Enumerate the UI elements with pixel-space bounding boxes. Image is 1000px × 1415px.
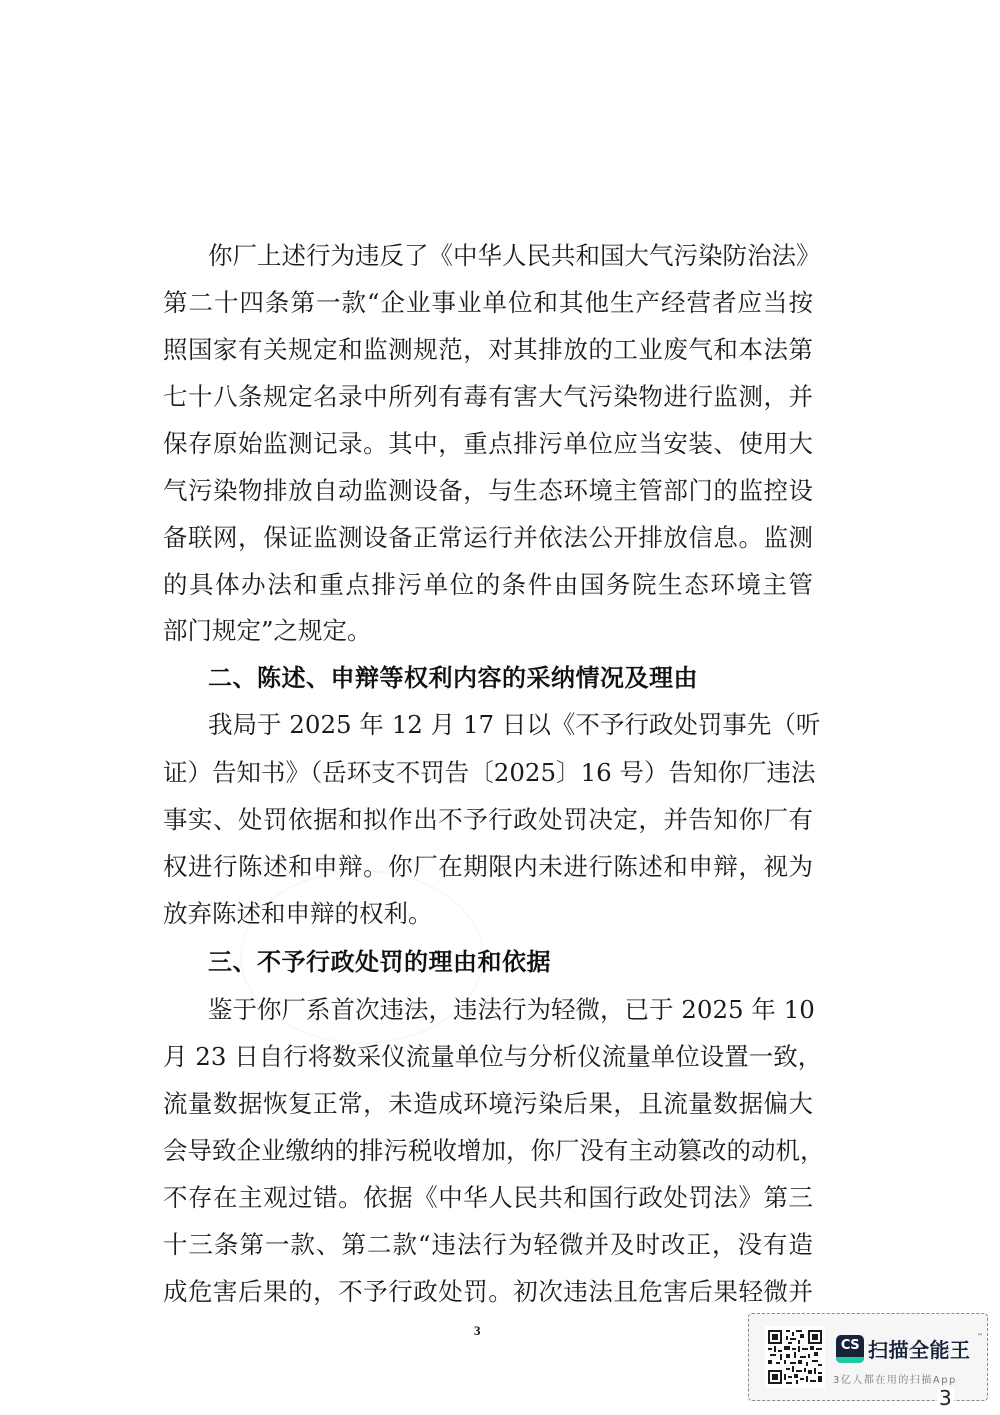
- brand-name: 扫描全能王: [868, 1334, 971, 1363]
- body-line: 证）告知书》（岳环支不罚告〔2025〕16 号）告知你厂违法: [163, 753, 813, 793]
- section-heading-3: 三、不予行政处罚的理由和依据: [208, 942, 813, 982]
- qr-code-icon: [765, 1326, 825, 1388]
- corner-page-number: 3: [937, 1387, 954, 1409]
- body-line: 不存在主观过错。依据《中华人民共和国行政处罚法》第三: [163, 1178, 813, 1218]
- page-number: 3: [474, 1323, 481, 1339]
- body-line: 你厂上述行为违反了《中华人民共和国大气污染防治法》: [208, 236, 813, 276]
- body-line: 备联网，保证监测设备正常运行并依法公开排放信息。监测: [163, 518, 813, 558]
- body-line: 放弃陈述和申辩的权利。: [163, 894, 813, 934]
- body-line: 成危害后果的，不予行政处罚。初次违法且危害后果轻微并: [163, 1272, 813, 1312]
- document-page: 你厂上述行为违反了《中华人民共和国大气污染防治法》 第二十四条第一款“企业事业单…: [0, 0, 1000, 1415]
- logo-strip: [836, 1357, 864, 1363]
- body-line: 流量数据恢复正常，未造成环境污染后果，且流量数据偏大: [163, 1084, 813, 1124]
- body-line: 月 23 日自行将数采仪流量单位与分析仪流量单位设置一致，: [163, 1037, 813, 1077]
- body-line: 保存原始监测记录。其中，重点排污单位应当安装、使用大: [163, 424, 813, 464]
- body-line: 事实、处罚依据和拟作出不予行政处罚决定，并告知你厂有: [163, 800, 813, 840]
- body-line: 气污染物排放自动监测设备，与生态环境主管部门的监控设: [163, 471, 813, 511]
- body-line: 会导致企业缴纳的排污税收增加，你厂没有主动篡改的动机，: [163, 1131, 813, 1171]
- body-line: 十三条第一款、第二款“违法行为轻微并及时改正，没有造: [163, 1225, 813, 1265]
- body-line: 部门规定”之规定。: [163, 611, 813, 651]
- brand-tagline: 3亿人都在用的扫描App: [833, 1371, 957, 1386]
- body-line: 七十八条规定名录中所列有毒有害大气污染物进行监测，并: [163, 377, 813, 417]
- section-heading-2: 二、陈述、申辩等权利内容的采纳情况及理由: [208, 658, 813, 698]
- body-line: 我局于 2025 年 12 月 17 日以《不予行政处罚事先（听: [208, 705, 813, 745]
- trademark-symbol: ™: [977, 1333, 983, 1340]
- camscanner-logo-icon: CS: [836, 1335, 864, 1363]
- body-line: 的具体办法和重点排污单位的条件由国务院生态环境主管: [163, 565, 813, 605]
- body-line: 权进行陈述和申辩。你厂在期限内未进行陈述和申辩，视为: [163, 847, 813, 887]
- body-line: 鉴于你厂系首次违法，违法行为轻微，已于 2025 年 10: [208, 990, 813, 1030]
- body-line: 第二十四条第一款“企业事业单位和其他生产经营者应当按: [163, 283, 813, 323]
- body-line: 照国家有关规定和监测规范，对其排放的工业废气和本法第: [163, 330, 813, 370]
- logo-text: CS: [836, 1338, 864, 1353]
